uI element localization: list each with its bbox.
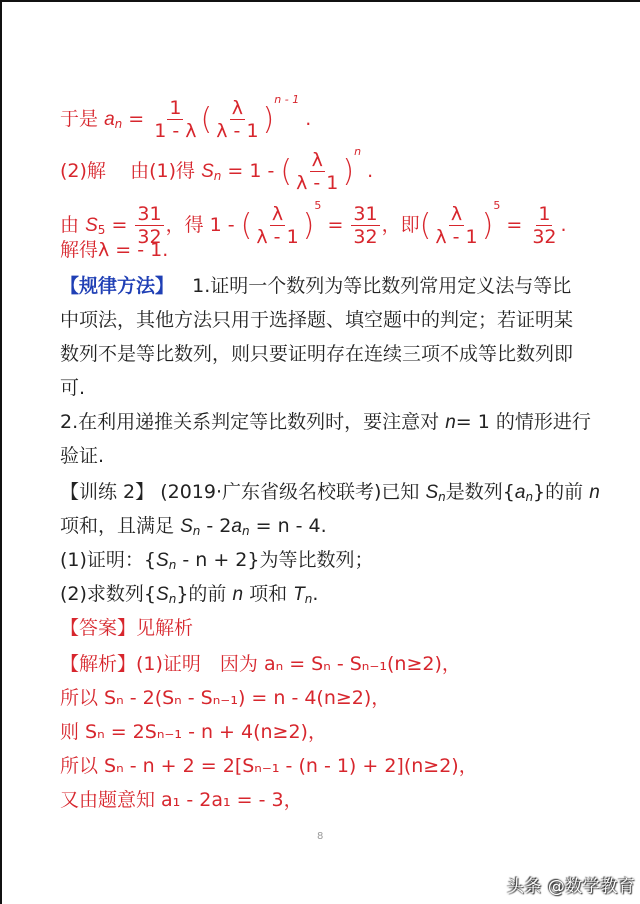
var-S: S xyxy=(156,584,169,605)
sub-n: n xyxy=(525,490,533,504)
var-S: S xyxy=(180,516,193,537)
exponent: n xyxy=(354,145,361,158)
text: }的前 xyxy=(176,583,226,605)
equals: = xyxy=(506,214,522,236)
text: - 2 xyxy=(206,515,231,537)
left-paren: ( xyxy=(201,98,213,142)
part-label: (2)解 xyxy=(60,160,106,182)
var-S: S xyxy=(85,215,98,236)
text: = n - 4. xyxy=(256,515,327,537)
sub-n: n xyxy=(242,524,250,538)
denominator: λ - 1 xyxy=(214,120,260,142)
left-paren: ( xyxy=(280,150,292,194)
text: (2)求数列{ xyxy=(60,583,156,605)
denominator: 1 - λ xyxy=(152,120,198,142)
right-paren: ) xyxy=(263,98,275,142)
answer-line: 【答案】见解析 xyxy=(60,616,193,640)
sub-n: n xyxy=(214,169,222,183)
period: . xyxy=(305,108,311,130)
right-paren: ) xyxy=(342,150,354,194)
text: 2.在利用递推关系判定等比数列时，要注意对 xyxy=(60,411,439,433)
method-label: 【规律方法】 xyxy=(60,275,174,297)
sub-5: 5 xyxy=(98,223,106,237)
document-page: 于是 an = 1 1 - λ ( λ λ - 1 )n - 1 . (2)解 … xyxy=(0,0,640,904)
var-a: a xyxy=(515,482,526,503)
exercise-question-2: (2)求数列{Sn}的前 n 项和 Tn. xyxy=(60,582,318,611)
right-paren: ) xyxy=(482,204,494,248)
rhs-prefix: = 1 - xyxy=(227,160,274,182)
equals: = xyxy=(128,108,144,130)
analysis-label: 【解析】 xyxy=(60,653,136,675)
answer-text: 见解析 xyxy=(136,617,193,639)
analysis-text: (1)证明 因为 aₙ = Sₙ - Sₙ₋₁(n≥2)， xyxy=(136,653,461,675)
fraction-lambda: λ λ - 1 xyxy=(433,203,479,248)
var-S: S xyxy=(201,161,214,182)
page-number: 8 xyxy=(317,831,323,842)
exponent: 5 xyxy=(314,199,321,212)
var-n: n xyxy=(232,584,243,605)
text-you1de: 由(1)得 xyxy=(130,160,195,182)
solution-part2: (2)解 由(1)得 Sn = 1 - ( λ λ - 1 )n . xyxy=(60,140,373,194)
numerator: λ xyxy=(270,203,285,226)
equals: = xyxy=(111,214,127,236)
exercise-line-1: 【训练 2】 (2019·广东省级名校联考)已知 Sn是数列{an}的前 n xyxy=(60,480,600,509)
numerator: λ xyxy=(230,97,245,120)
text: 是数列{ xyxy=(446,481,515,503)
text-de: ，得 1 - xyxy=(166,214,235,236)
fraction-lambda: λ λ - 1 xyxy=(254,203,300,248)
var-S: S xyxy=(425,482,438,503)
numerator: 1 xyxy=(536,203,552,226)
exercise-source: (2019·广东省级名校联考)已知 xyxy=(160,481,419,503)
var-a: a xyxy=(231,516,242,537)
numerator: λ xyxy=(449,203,464,226)
left-paren: ( xyxy=(420,204,432,248)
sub-n: n xyxy=(115,117,123,131)
period: . xyxy=(367,160,373,182)
fraction-lambda-over-lambda-minus-1: λ λ - 1 xyxy=(294,149,340,194)
exponent: 5 xyxy=(493,199,500,212)
exercise-label: 【训练 2】 xyxy=(60,481,154,503)
equals: = xyxy=(327,214,343,236)
var-n: n xyxy=(445,412,456,433)
exponent: n - 1 xyxy=(274,93,299,106)
var-n: n xyxy=(589,482,600,503)
left-paren: ( xyxy=(241,204,253,248)
method-point-2-line-1: 2.在利用递推关系判定等比数列时，要注意对 n= 1 的情形进行 xyxy=(60,410,591,435)
method-line-3: 数列不是等比数列，则只要证明存在连续三项不成等比数列即 xyxy=(60,342,573,366)
var-S: S xyxy=(156,550,169,571)
var-T: T xyxy=(293,584,305,605)
sub-n: n xyxy=(193,524,201,538)
numerator: 31 xyxy=(135,203,163,226)
solution-formula-an: 于是 an = 1 1 - λ ( λ λ - 1 )n - 1 . xyxy=(60,88,311,142)
method-point-2-line-2: 验证. xyxy=(60,444,104,468)
text: = 1 的情形进行 xyxy=(456,411,591,433)
method-text: 1.证明一个数列为等比数列常用定义法与等比 xyxy=(192,275,571,297)
exercise-question-1: (1)证明：{Sn - n + 2}为等比数列； xyxy=(60,548,373,577)
right-paren: ) xyxy=(303,204,315,248)
denominator: λ - 1 xyxy=(254,226,300,248)
analysis-line-2: 所以 Sₙ - 2(Sₙ - Sₙ₋₁) = n - 4(n≥2)， xyxy=(60,686,390,710)
denominator: 32 xyxy=(530,226,558,248)
answer-label: 【答案】 xyxy=(60,617,136,639)
var-a: a xyxy=(104,109,115,130)
method-line-2: 中项法，其他方法只用于选择题、填空题中的判定；若证明某 xyxy=(60,308,573,332)
analysis-line-5: 又由题意知 a₁ - 2a₁ = - 3， xyxy=(60,788,303,812)
text: 项和 xyxy=(249,583,287,605)
numerator: λ xyxy=(310,149,325,172)
numerator: 1 xyxy=(167,97,183,120)
text: }的前 xyxy=(533,481,583,503)
text-yushi: 于是 xyxy=(60,108,98,130)
text: - n + 2}为等比数列； xyxy=(182,549,373,571)
period: . xyxy=(312,583,318,605)
fraction-31-32: 31 32 xyxy=(351,203,379,248)
fraction-1-32: 1 32 xyxy=(530,203,558,248)
denominator: λ - 1 xyxy=(294,172,340,194)
numerator: 31 xyxy=(351,203,379,226)
analysis-line-3: 则 Sₙ = 2Sₙ₋₁ - n + 4(n≥2)， xyxy=(60,720,327,744)
method-line-1: 【规律方法】 1.证明一个数列为等比数列常用定义法与等比 xyxy=(60,274,571,298)
sub-n: n xyxy=(169,558,177,572)
watermark: 头条 @数学教育 xyxy=(507,872,635,897)
period: . xyxy=(561,214,567,236)
text-ji: ，即 xyxy=(382,214,420,236)
solution-lambda-result: 解得λ = - 1. xyxy=(60,238,168,262)
denominator: 32 xyxy=(351,226,379,248)
fraction-lambda-over-lambda-minus-1: λ λ - 1 xyxy=(214,97,260,142)
sub-n: n xyxy=(438,490,446,504)
analysis-line-1: 【解析】(1)证明 因为 aₙ = Sₙ - Sₙ₋₁(n≥2)， xyxy=(60,652,461,676)
denominator: λ - 1 xyxy=(433,226,479,248)
text-you: 由 xyxy=(60,214,79,236)
method-line-4: 可. xyxy=(60,376,85,400)
text: (1)证明：{ xyxy=(60,549,156,571)
analysis-line-4: 所以 Sₙ - n + 2 = 2[Sₙ₋₁ - (n - 1) + 2](n≥… xyxy=(60,754,478,778)
text: 项和，且满足 xyxy=(60,515,174,537)
fraction-1-over-1-minus-lambda: 1 1 - λ xyxy=(152,97,198,142)
exercise-line-2: 项和，且满足 Sn - 2an = n - 4. xyxy=(60,514,327,543)
